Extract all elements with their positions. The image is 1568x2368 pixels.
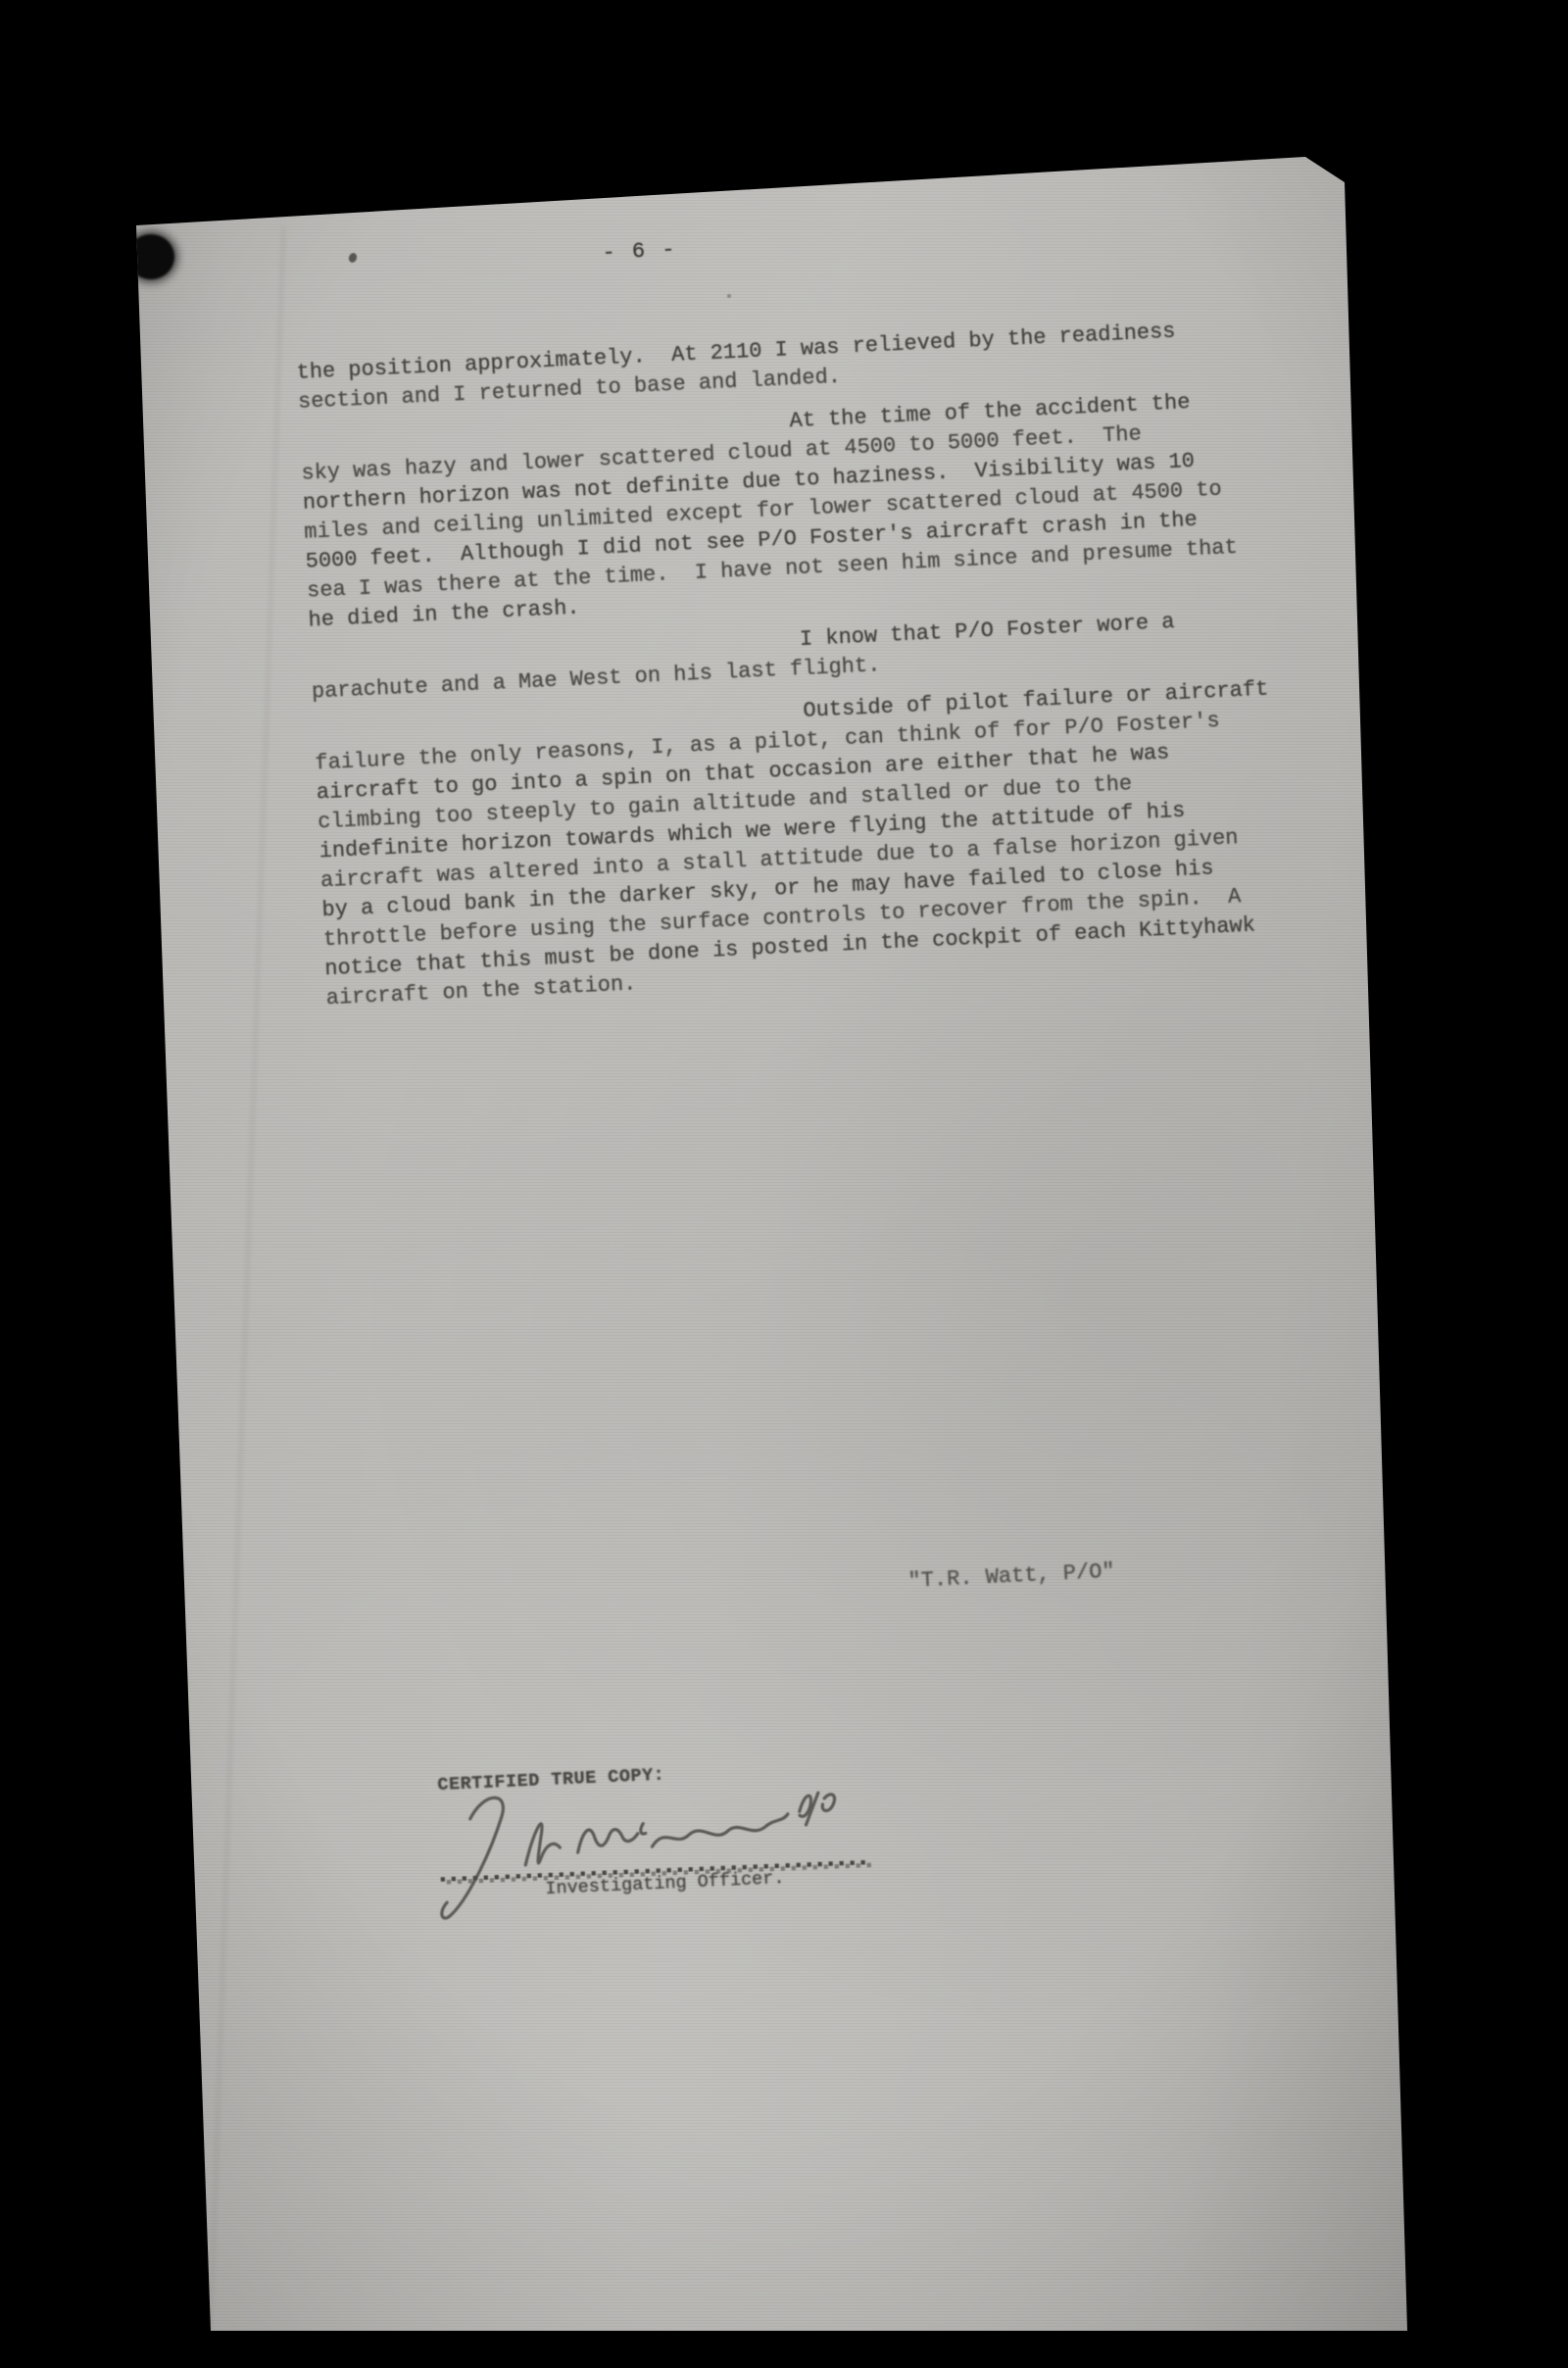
paragraph: At the time of the accident the sky was … [299,386,1249,636]
scan-background: { "page": { "number_label": "- 6 -" }, "… [0,0,1568,2368]
scan-crease [209,226,286,2331]
signature-stroke [523,1823,561,1865]
signature-stroke [651,1814,789,1847]
punch-hole [127,234,174,279]
signature-stroke [822,1795,836,1811]
paragraph: Outside of pilot failure or aircraft fai… [313,675,1266,1013]
witness-signature-typed: "T.R. Watt, P/O" [907,1559,1115,1594]
ink-speck [727,294,731,298]
ink-speck [348,252,359,264]
signature-stroke [640,1823,645,1834]
document-page: - 6 - the position approximately. At 211… [0,0,1568,2368]
handwritten-signature [427,1765,856,1929]
document-text: the position approximately. At 2110 I wa… [296,315,1267,1026]
signature-stroke [576,1827,638,1852]
page-number: - 6 - [602,237,677,266]
signature-stroke [436,1798,509,1918]
